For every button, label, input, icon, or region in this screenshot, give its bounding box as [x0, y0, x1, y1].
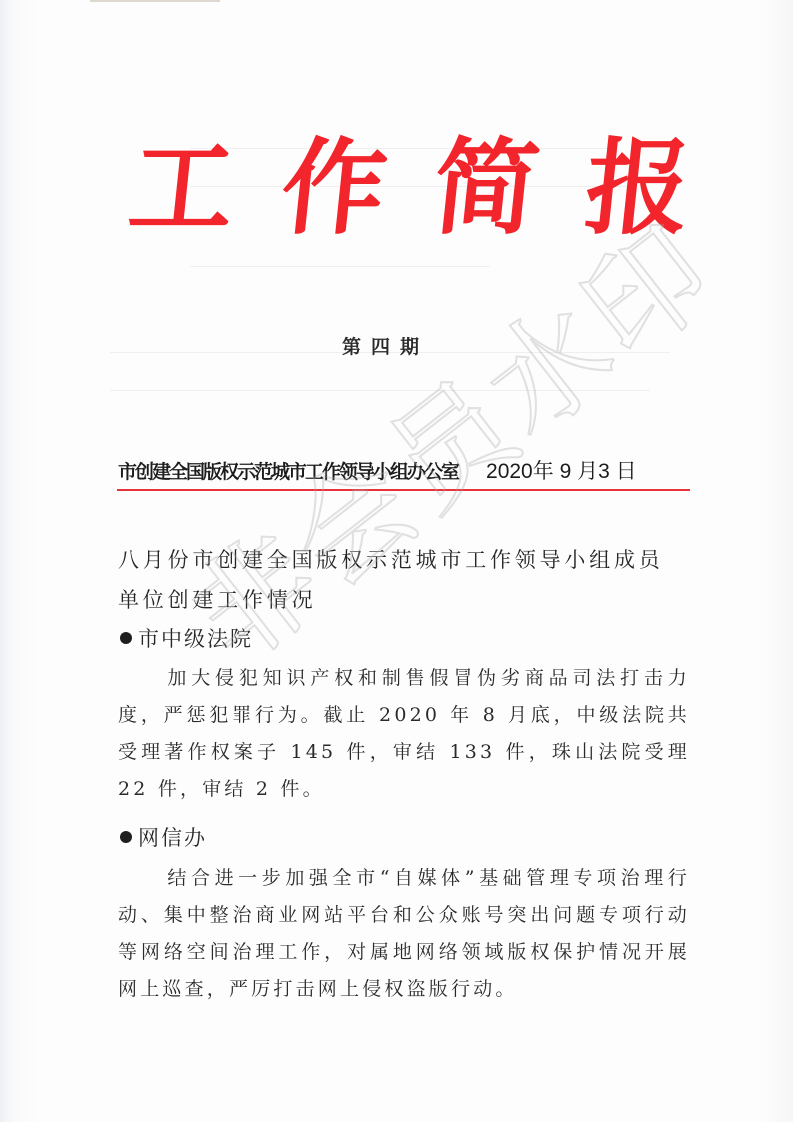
bleed-through-line: [190, 266, 490, 267]
section-heading-court: 市中级法院: [120, 623, 253, 653]
document-page: 工 作 简 报 第四期 市创建全国版权示范城市工作领导小组办公室 2020年 9…: [0, 0, 793, 1122]
section-paragraph-court: 加大侵犯知识产权和制售假冒伪劣商品司法打击力度，严惩犯罪行为。截止 2020 年…: [118, 660, 690, 808]
issuer-line: 市创建全国版权示范城市工作领导小组办公室 2020年 9 月3 日: [118, 455, 688, 485]
issue-date: 2020年 9 月3 日: [486, 455, 637, 485]
masthead-char: 作: [277, 136, 392, 240]
bullet-icon: [120, 632, 132, 644]
section-paragraph-cyberspace-office: 结合进一步加强全市“自媒体”基础管理专项治理行动、集中整治商业网站平台和公众账号…: [118, 860, 690, 1008]
section-heading-label: 网信办: [138, 822, 207, 852]
masthead-char: 工: [125, 136, 240, 240]
section-heading-cyberspace-office: 网信办: [120, 822, 207, 852]
bleed-through-line: [110, 390, 650, 391]
article-title: 八月份市创建全国版权示范城市工作领导小组成员单位创建工作情况: [118, 540, 678, 620]
masthead-char: 报: [580, 136, 695, 240]
section-heading-label: 市中级法院: [138, 623, 253, 653]
bullet-icon: [120, 831, 132, 843]
scan-edge-shadow: [90, 0, 220, 2]
issue-number: 第四期: [342, 332, 429, 359]
red-divider-rule: [117, 489, 690, 491]
masthead-char: 简: [429, 136, 544, 240]
issuer-name: 市创建全国版权示范城市工作领导小组办公室: [118, 457, 458, 484]
masthead-title: 工 作 简 报: [130, 118, 690, 258]
